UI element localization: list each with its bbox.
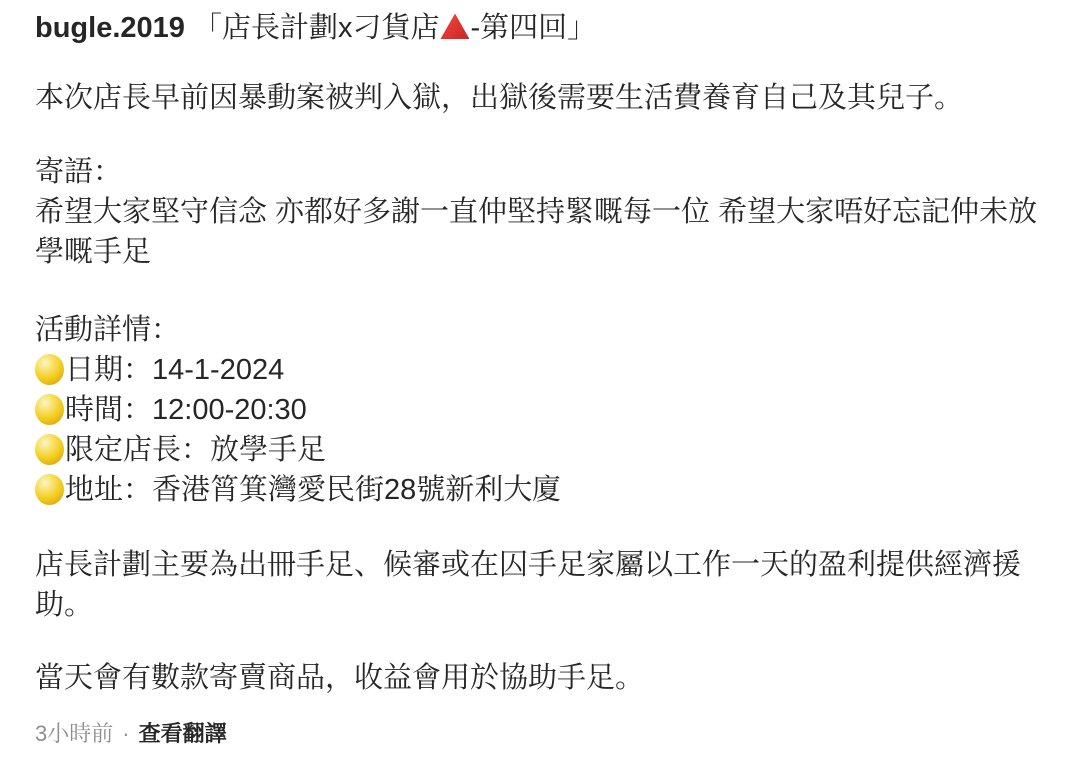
detail-address-text: 地址：香港筲箕灣愛民街28號新利大廈 [65, 474, 561, 506]
yellow-circle-icon [35, 354, 64, 385]
post-title-start: 「店長計劃x刁貨店 [193, 12, 440, 44]
intro-paragraph: 本次店長早前因暴動案被判入獄，出獄後需要生活費養育自己及其兒子。 [35, 78, 1043, 118]
message-body: 希望大家堅守信念 亦都好多謝一直仲堅持緊嘅每一位 希望大家唔好忘記仲未放學嘅手足 [35, 192, 1043, 272]
detail-row-address: 地址：香港筲箕灣愛民街28號新利大廈 [35, 470, 1043, 510]
yellow-circle-icon [35, 434, 64, 465]
see-translation-link[interactable]: 查看翻譯 [139, 721, 227, 746]
post-title-end: -第四回」 [470, 12, 596, 44]
timestamp: 3小時前 [35, 721, 113, 746]
username[interactable]: bugle.2019 [35, 12, 185, 44]
yellow-circle-icon [35, 474, 64, 505]
red-triangle-icon [440, 13, 469, 39]
detail-date-text: 日期：14-1-2024 [65, 354, 284, 386]
caption-header: bugle.2019 「店長計劃x刁貨店-第四回」 [35, 8, 1043, 48]
post-caption: bugle.2019 「店長計劃x刁貨店-第四回」 本次店長早前因暴動案被判入獄… [0, 0, 1080, 748]
post-footer: 3小時前·查看翻譯 [35, 720, 1043, 748]
note-paragraph: 當天會有數款寄賣商品，收益會用於協助手足。 [35, 658, 1043, 698]
message-heading: 寄語： [35, 152, 1043, 192]
event-details-section: 活動詳情： 日期：14-1-2024 時間：12:00-20:30 限定店長：放… [35, 310, 1043, 510]
detail-time-text: 時間：12:00-20:30 [65, 394, 307, 426]
detail-manager-text: 限定店長：放學手足 [65, 434, 326, 466]
detail-row-date: 日期：14-1-2024 [35, 350, 1043, 390]
detail-row-manager: 限定店長：放學手足 [35, 430, 1043, 470]
message-section: 寄語： 希望大家堅守信念 亦都好多謝一直仲堅持緊嘅每一位 希望大家唔好忘記仲未放… [35, 152, 1043, 272]
footer-separator: · [122, 721, 129, 746]
yellow-circle-icon [35, 394, 64, 425]
details-heading: 活動詳情： [35, 310, 1043, 350]
description-paragraph: 店長計劃主要為出冊手足、候審或在囚手足家屬以工作一天的盈利提供經濟援助。 [35, 545, 1043, 625]
detail-row-time: 時間：12:00-20:30 [35, 390, 1043, 430]
